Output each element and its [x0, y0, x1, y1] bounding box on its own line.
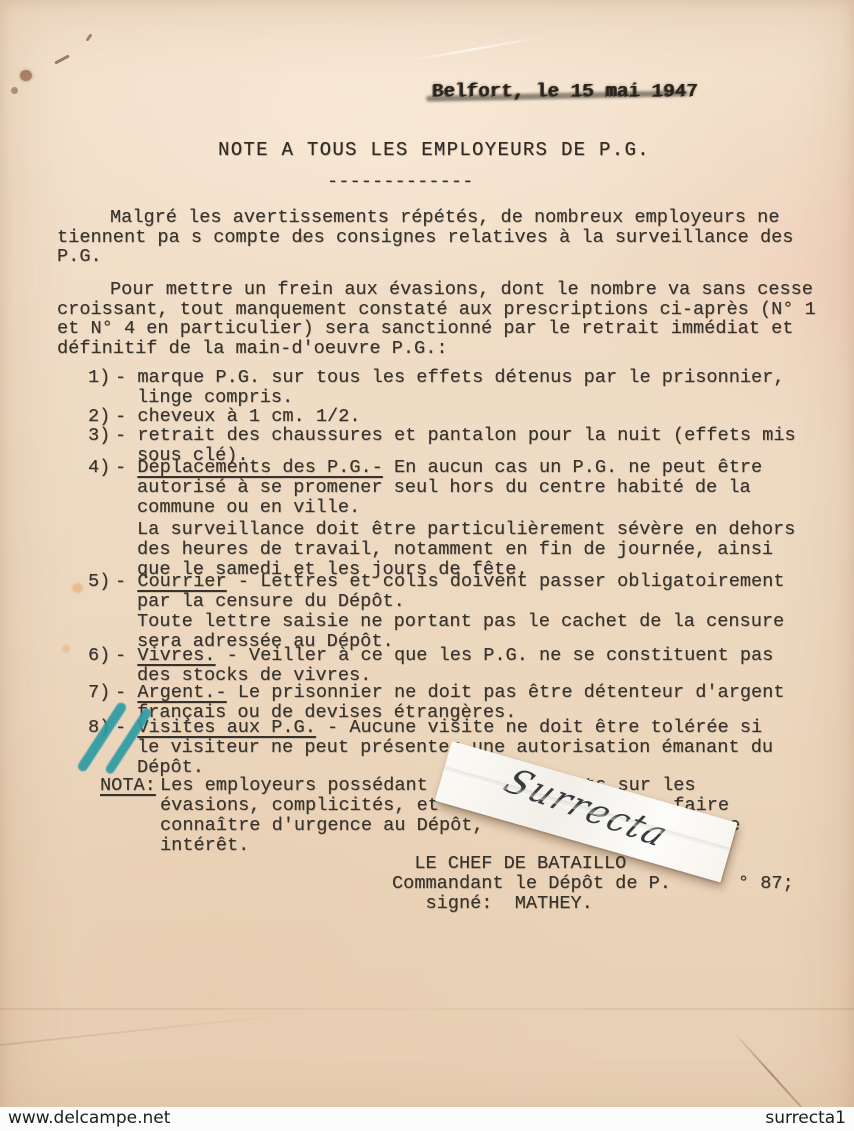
item-text: cheveux à 1 cm. 1/2.: [137, 406, 360, 427]
item-dash: -: [115, 682, 137, 703]
item-lead: Visites aux P.G.: [137, 717, 316, 738]
paper-crease: [0, 1008, 854, 1010]
item-dash: -: [115, 457, 137, 478]
ink-stain: [11, 87, 18, 94]
item-text: - Veiller à ce que les P.G. ne se consti…: [137, 645, 773, 686]
item-number: 5): [88, 572, 110, 592]
nota-label: NOTA:: [100, 776, 156, 796]
paper-crease: [401, 35, 549, 63]
ink-stain: [54, 54, 70, 64]
item-lead: Argent.-: [137, 682, 226, 703]
rule-item-4: 4) - Déplacements des P.G.- En aucun cas…: [0, 458, 854, 518]
item-number: 6): [88, 646, 110, 666]
item-lead: Courrier: [137, 571, 226, 592]
item-number: 3): [88, 426, 110, 446]
watermark-bar: www.delcampe.net surrecta1: [0, 1107, 854, 1131]
item-lead: Vivres.: [137, 645, 215, 666]
ink-stain: [20, 70, 32, 81]
item-number: 4): [88, 458, 110, 478]
seller-watermark: surrecta1: [765, 1108, 846, 1128]
item-text: marque P.G. sur tous les effets détenus …: [137, 367, 785, 408]
item-dash: -: [115, 367, 137, 388]
paper-crease: [0, 1013, 299, 1046]
title-underline: -------------: [327, 172, 473, 192]
delcampe-watermark: www.delcampe.net: [8, 1108, 170, 1128]
scanned-document-page: Belfort, le 15 mai 1947 NOTE A TOUS LES …: [0, 0, 854, 1131]
item-dash: -: [115, 406, 137, 427]
item-text: - Lettres et colis doivent passer obliga…: [137, 571, 785, 612]
item-number: 1): [88, 368, 110, 388]
rule-item-5: 5) - Courrier - Lettres et colis doivent…: [0, 572, 854, 612]
paper-crease: [734, 1032, 809, 1115]
item-dash: -: [115, 645, 137, 666]
signature-block: LE CHEF DE BATAILLO Commandant le Dépôt …: [392, 854, 794, 914]
intro-paragraph: Malgré les avertissements répétés, de no…: [57, 208, 802, 267]
rule-item-2: 2) - cheveux à 1 cm. 1/2.: [0, 407, 854, 427]
item-number: 7): [88, 683, 110, 703]
rule-item-1: 1) - marque P.G. sur tous les effets dét…: [0, 368, 854, 408]
rule-item-6: 6) - Vivres. - Veiller à ce que les P.G.…: [0, 646, 854, 686]
item-dash: -: [115, 425, 137, 446]
item-number: 2): [88, 407, 110, 427]
item-dash: -: [115, 571, 137, 592]
warning-paragraph: Pour mettre un frein aux évasions, dont …: [57, 280, 802, 358]
item-lead: Déplacements des P.G.-: [137, 457, 382, 478]
ink-stain: [85, 33, 92, 41]
document-title: NOTE A TOUS LES EMPLOYEURS DE P.G.: [218, 140, 650, 160]
